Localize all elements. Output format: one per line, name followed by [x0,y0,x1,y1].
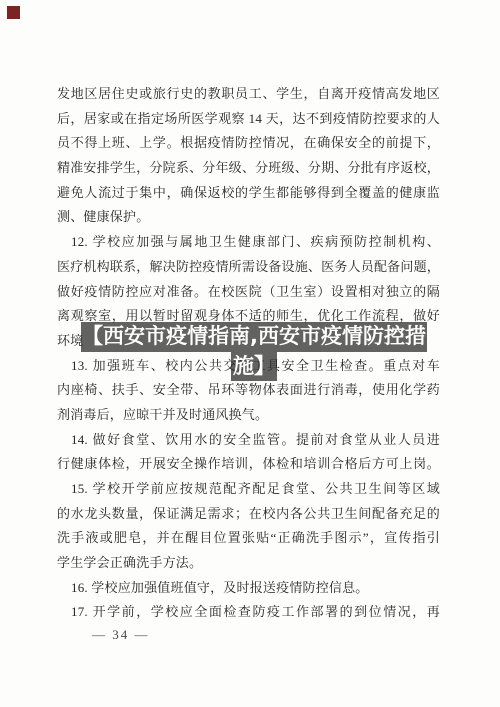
document-text-line: 的水龙头数量，保证满足需求；在校内各公共卫生间配备充足的 [57,502,440,527]
caption-overlay-line2: 施】 [231,352,277,382]
document-text-line: 17. 开学前，学校应全面检查防疫工作部署的到位情况，再 [57,600,440,625]
document-text-line: 发地区居住史或旅行史的教职员工、学生，自离开疫情高发地区 [57,82,440,107]
document-text-line: 洗手液或肥皂，并在醒目位置张贴“正确洗手图示”，宣传指引 [57,526,440,551]
page-number: — 34 — [92,627,150,643]
document-text-line: 16. 学校应加强值班值守，及时报送疫情防控信息。 [57,576,440,601]
document-text-line: 员不得上班、上学。根据疫情防控情况，在确保安全的前提下， [57,131,440,156]
document-text-line: 学生学会正确洗手方法。 [57,551,440,576]
caption-overlay-banner: 【西安市疫情指南,西安市疫情防控措 施】 [81,322,427,381]
document-text-line: 后，居家或在指定场所医学观察 14 天，达不到疫情防控要求的人 [57,107,440,132]
document-text-line: 内座椅、扶手、安全带、吊环等物体表面进行消毒，使用化学药 [57,378,440,403]
document-text-line: 精准安排学生，分院系、分年级、分班级、分期、分批有序返校， [57,156,440,181]
document-text-line: 14. 做好食堂、饮用水的安全监管。提前对食堂从业人员进 [57,428,440,453]
document-text-line: 避免人流过于集中，确保返校的学生都能够得到全覆盖的健康监 [57,181,440,206]
document-text-line: 测、健康保护。 [57,205,440,230]
document-text-line: 12. 学校应加强与属地卫生健康部门、疾病预防控制机构、 [57,230,440,255]
document-text-line: 15. 学校开学前应按规范配齐配足食堂、公共卫生间等区域 [57,477,440,502]
scanned-document-page: 发地区居住史或旅行史的教职员工、学生，自离开疫情高发地区后，居家或在指定场所医学… [0,0,500,707]
document-text-line: 医疗机构联系，解决防控疫情所需设备设施、医务人员配备问题， [57,255,440,280]
caption-overlay-line1: 【西安市疫情指南,西安市疫情防控措 [81,322,427,352]
corner-marker-square [7,6,20,19]
document-text-line: 做好疫情防控应对准备。在校医院（卫生室）设置相对独立的隔 [57,280,440,305]
document-text-line: 行健康体检，开展安全操作培训，体检和培训合格后方可上岗。 [57,452,440,477]
document-text-line: 剂消毒后，应晾干并及时通风换气。 [57,403,440,428]
